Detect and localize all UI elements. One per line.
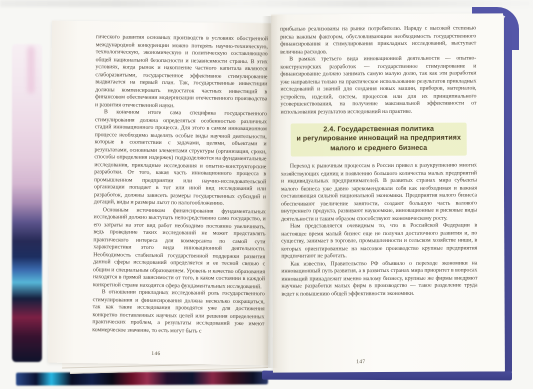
cover-edge-pink-smudge <box>27 46 35 94</box>
paragraph: гического развития основных производств … <box>95 34 268 111</box>
page-number: 147 <box>263 359 459 366</box>
paragraph: Основным источником финансирования фунда… <box>93 207 266 292</box>
right-page: прибылью реализованы на рынке потребител… <box>271 13 505 372</box>
page-number: 146 <box>70 350 242 358</box>
paragraph: В рамках третьего вида инновационной дея… <box>280 56 476 117</box>
section-heading-line: и регулирование инноваций на предприятия… <box>296 134 461 144</box>
paragraph: Нам представляется очевидным то, что в Р… <box>281 223 477 262</box>
paragraph: прибылью реализованы на рынке потребител… <box>280 26 476 57</box>
left-page: гического развития основных производств … <box>48 21 272 366</box>
paragraph: Переход к рыночным процессам в России пр… <box>281 163 477 224</box>
open-book-photo: гического развития основных производств … <box>0 0 533 389</box>
right-page-text: прибылью реализованы на рынке потребител… <box>280 26 477 299</box>
section-heading-line: малого и среднего бизнеса <box>296 143 461 153</box>
paragraph: В отношении прикладных исследований роль… <box>92 289 265 336</box>
photo-background-streak <box>0 0 533 7</box>
paragraph: Как известно, Правительство РФ объявило … <box>281 260 477 299</box>
book-cover-edge-bottom <box>16 371 268 385</box>
book-cover-edge-right <box>504 16 512 374</box>
paragraph: В конечном итоге сама специфика государс… <box>94 109 267 209</box>
section-heading: 2.4. Государственная политика и регулиро… <box>290 123 467 157</box>
left-page-text: гического развития основных производств … <box>92 34 268 336</box>
